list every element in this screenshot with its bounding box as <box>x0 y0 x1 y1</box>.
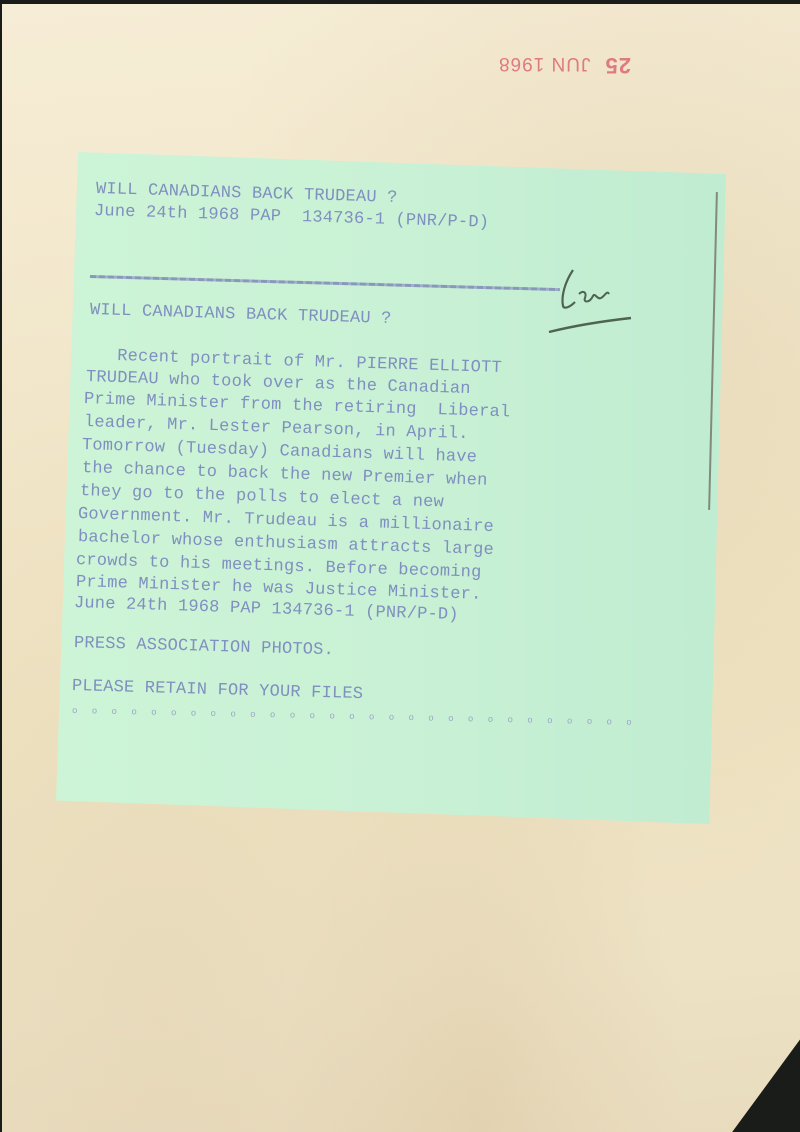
handwritten-file-annotation: File <box>545 262 640 337</box>
date-stamp: 25JUN 1968 <box>498 52 631 78</box>
stamp-day: 25 <box>605 53 631 78</box>
stamp-month-year: JUN 1968 <box>498 53 591 74</box>
annotation-text: File <box>545 262 547 263</box>
